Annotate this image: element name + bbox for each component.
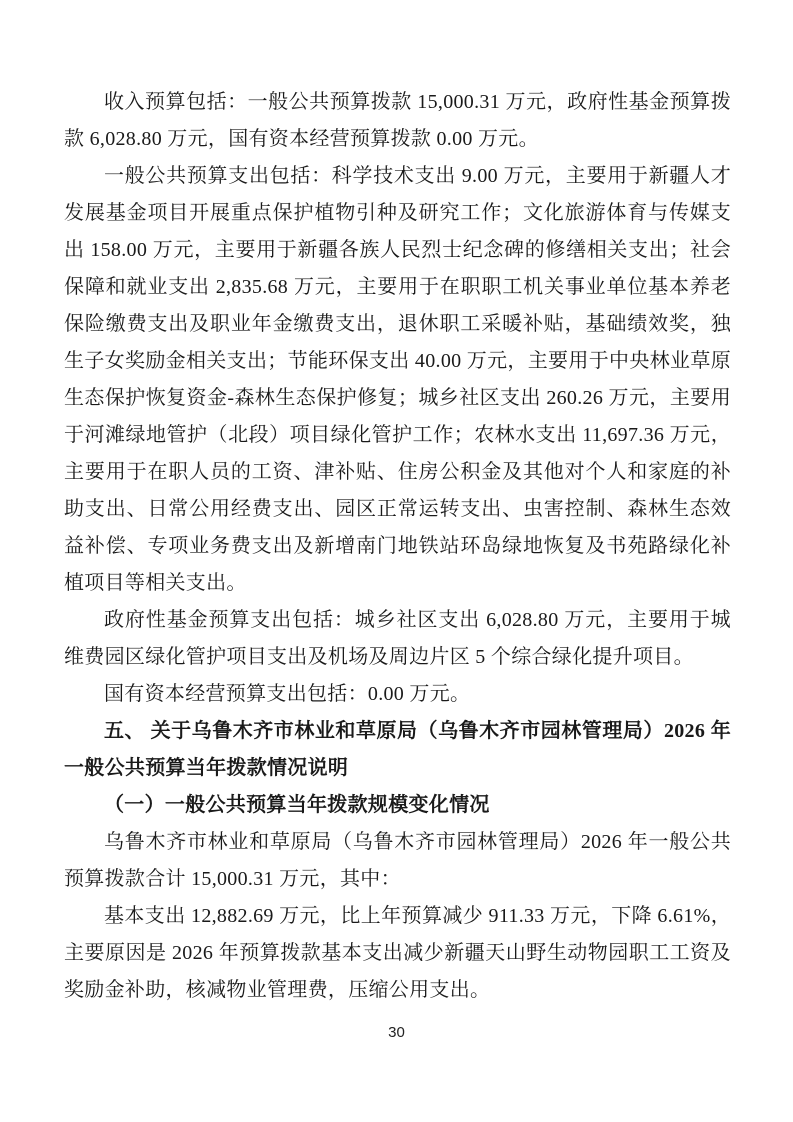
- paragraph-state-capital-expenditure: 国有资本经营预算支出包括：0.00 万元。: [64, 676, 731, 713]
- paragraph-total-allocation: 乌鲁木齐市林业和草原局（乌鲁木齐市园林管理局）2026 年一般公共预算拨款合计 …: [64, 824, 731, 898]
- subsection-heading-one: （一）一般公共预算当年拨款规模变化情况: [64, 787, 731, 824]
- paragraph-basic-expenditure-change: 基本支出 12,882.69 万元，比上年预算减少 911.33 万元，下降 6…: [64, 898, 731, 1009]
- section-heading-five: 五、 关于乌鲁木齐市林业和草原局（乌鲁木齐市园林管理局）2026 年一般公共预算…: [64, 713, 731, 787]
- paragraph-government-fund-expenditure: 政府性基金预算支出包括：城乡社区支出 6,028.80 万元，主要用于城维费园区…: [64, 602, 731, 676]
- document-body: 收入预算包括：一般公共预算拨款 15,000.31 万元，政府性基金预算拨款 6…: [64, 84, 731, 1009]
- paragraph-general-public-budget-expenditure: 一般公共预算支出包括：科学技术支出 9.00 万元，主要用于新疆人才发展基金项目…: [64, 158, 731, 602]
- paragraph-income-budget: 收入预算包括：一般公共预算拨款 15,000.31 万元，政府性基金预算拨款 6…: [64, 84, 731, 158]
- document-page: 收入预算包括：一般公共预算拨款 15,000.31 万元，政府性基金预算拨款 6…: [0, 0, 793, 1122]
- page-number: 30: [0, 1022, 793, 1044]
